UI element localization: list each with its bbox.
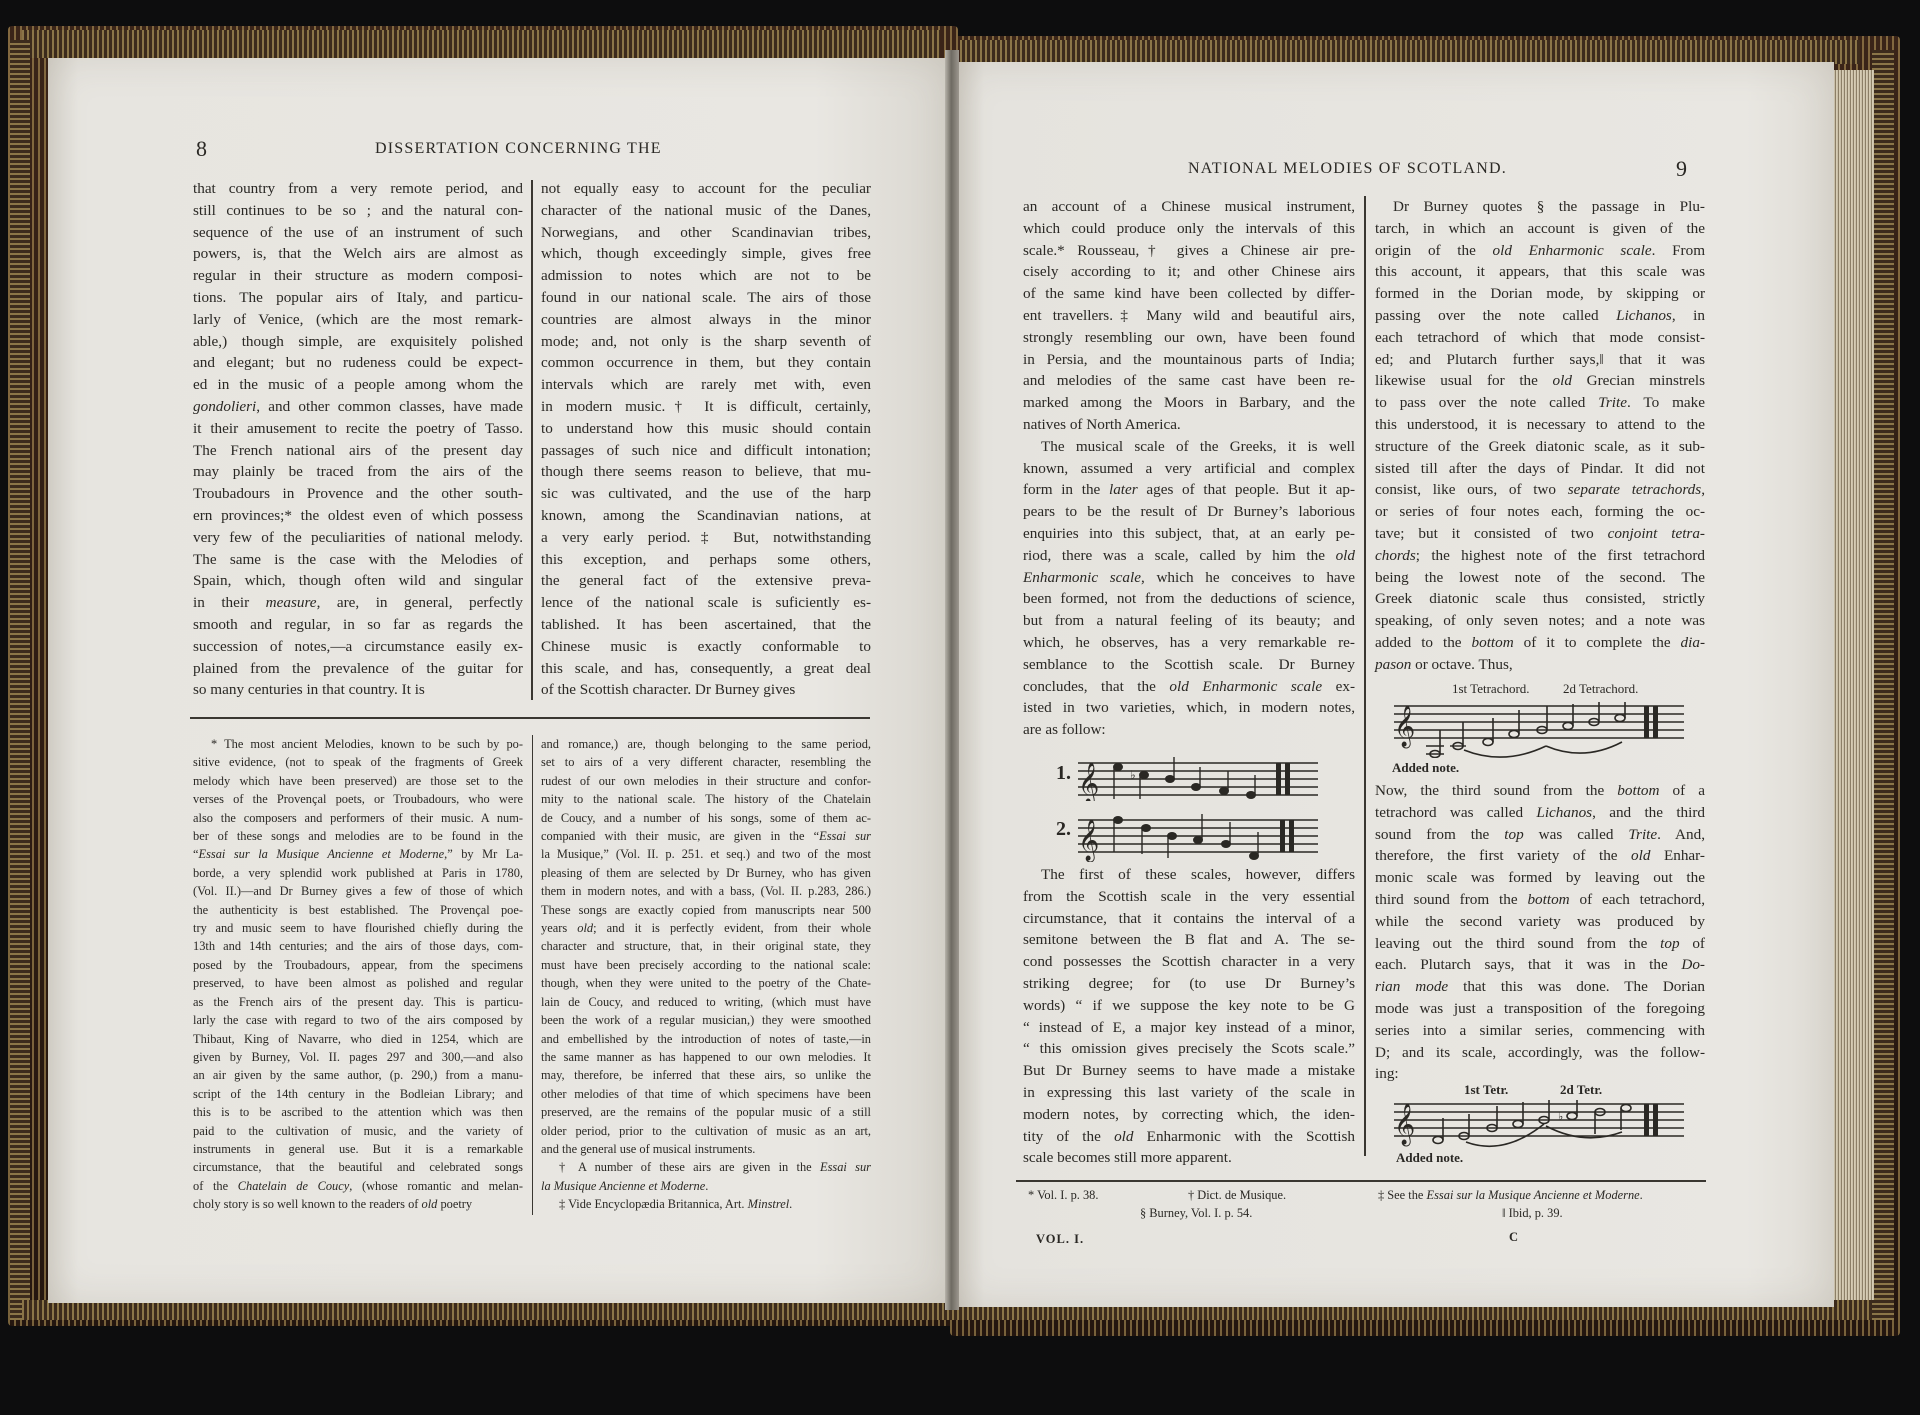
text-line: Dr Burney quotes § the passage in Plu-: [1375, 196, 1705, 218]
text-line: rudest of our own melodies in their stru…: [541, 772, 871, 790]
text-line: years old; and it is perfectly evident, …: [541, 919, 871, 937]
text-line: countries are almost always in the minor: [541, 309, 871, 331]
text-line: 13th and 14th centuries; and the airs of…: [193, 937, 523, 955]
text-line: strongly resembling our own, have been f…: [1023, 327, 1355, 349]
text-line: mode was just a transposition of the for…: [1375, 998, 1705, 1020]
text-line: These songs are exactly copied from manu…: [541, 901, 871, 919]
text-line: that country from a very remote period, …: [193, 178, 523, 200]
text-line: which, he observes, has a very remarkabl…: [1023, 632, 1355, 654]
text-line: lain de Coucy, and reduced to writing, (…: [541, 993, 871, 1011]
right-page-column-2-top: Dr Burney quotes § the passage in Plu-ta…: [1375, 196, 1705, 676]
text-line: it their amusement to recite the poetry …: [193, 418, 523, 440]
text-line: of the Chatelain de Coucy, (whose romant…: [193, 1177, 523, 1195]
text-line: known, among the Scandinavian nations, a…: [541, 505, 871, 527]
text-line: choly story is so well known to the read…: [193, 1195, 523, 1213]
text-line: tetrachord was called Lichanos, and the …: [1375, 802, 1705, 824]
text-line: ber of these songs and melodies are to b…: [193, 827, 523, 845]
text-line: still continues to be so ; and the natur…: [193, 200, 523, 222]
text-line: tablished. It has been ascertained, that…: [541, 614, 871, 636]
text-line: an account of a Chinese musical instrume…: [1023, 196, 1355, 218]
text-line: modern notes, by correcting which, the i…: [1023, 1104, 1355, 1126]
gilt-border-left: [10, 40, 30, 1320]
right-page-column-2-middle: Now, the third sound from the bottom of …: [1375, 780, 1705, 1085]
text-line: therefore, the first variety of the old …: [1375, 845, 1705, 867]
book-gutter: [945, 50, 959, 1310]
footnote-column-1: * The most ancient Melodies, known to be…: [193, 735, 523, 1214]
text-line: leaving out the third sound from the top…: [1375, 933, 1705, 955]
text-line: or series of four notes each, forming th…: [1375, 501, 1705, 523]
text-line: larly the case with regard to two of the…: [193, 1011, 523, 1029]
text-line: character of the national music of the D…: [541, 200, 871, 222]
svg-text:𝄞: 𝄞: [1078, 762, 1099, 801]
footnote-vol-i-p38: * Vol. I. p. 38.: [1028, 1186, 1098, 1204]
left-page-column-1: that country from a very remote period, …: [193, 178, 523, 701]
text-line: structure of the Greek diatonic scale, a…: [1375, 436, 1705, 458]
footnote-ibid: ‖ Ibid, p. 39.: [1502, 1204, 1563, 1222]
text-line: sound from the top was called Trite. And…: [1375, 824, 1705, 846]
label-2d-tetr: 2d Tetr.: [1560, 1082, 1602, 1098]
text-line: marked among the Moors in Barbary, and t…: [1023, 392, 1355, 414]
gilt-border-top-right: [960, 40, 1860, 64]
label-added-note-dorian: Added note.: [1396, 1150, 1463, 1166]
text-line: and romance,) are, though belonging to t…: [541, 735, 871, 753]
text-line: ern provinces;* the oldest even of which…: [193, 505, 523, 527]
text-line: paid to the cultivation of music, and th…: [193, 1122, 523, 1140]
label-2d-tetrachord: 2d Tetrachord.: [1563, 681, 1638, 697]
left-page-column-2: not equally easy to account for the pecu…: [541, 178, 871, 701]
text-line: cond possesses the Scottish character in…: [1023, 951, 1355, 973]
text-line: Troubadours in Provence and the other so…: [193, 483, 523, 505]
text-line: “ this omission gives precisely the Scot…: [1023, 1038, 1355, 1060]
text-line: smooth and regular, in so far as regards…: [193, 614, 523, 636]
text-line: * The most ancient Melodies, known to be…: [193, 735, 523, 753]
footnote-column-rule: [532, 735, 533, 1215]
signature-mark-letter: C: [1509, 1230, 1519, 1245]
text-line: common occurrence in them, but they cont…: [541, 352, 871, 374]
text-line: Now, the third sound from the bottom of …: [1375, 780, 1705, 802]
running-head-right: NATIONAL MELODIES OF SCOTLAND.: [1188, 160, 1507, 178]
text-line: † A number of these airs are given in th…: [541, 1158, 871, 1176]
text-line: larly of Venice, (which are the most rem…: [193, 309, 523, 331]
text-line: mity to the national scale. The history …: [541, 790, 871, 808]
enharmonic-scale-2: 𝄞: [1078, 812, 1320, 862]
text-line: the general fact of the extensive preva-: [541, 570, 871, 592]
footnote-rule: [190, 717, 870, 719]
text-line: very few of the peculiarities of nationa…: [193, 527, 523, 549]
text-line: but from a natural feeling of its beauty…: [1023, 610, 1355, 632]
text-line: striking degree; for (to use Dr Burney’s: [1023, 973, 1355, 995]
text-line: Norwegians, and other Scandinavian tribe…: [541, 222, 871, 244]
svg-text:♭: ♭: [1130, 768, 1136, 782]
text-line: monic scale was formed by leaving out th…: [1375, 867, 1705, 889]
text-line: older period, prior to the cultivation o…: [541, 1122, 871, 1140]
text-line: script of the 14th century in the Bodlei…: [193, 1085, 523, 1103]
text-line: series into a similar series, commencing…: [1375, 1020, 1705, 1042]
footnote-column-2: and romance,) are, though belonging to t…: [541, 735, 871, 1214]
text-line: pears to be the result of Dr Burney’s la…: [1023, 501, 1355, 523]
text-line: consist, like ours, of two separate tetr…: [1375, 479, 1705, 501]
text-line: formed in the Dorian mode, by skipping o…: [1375, 283, 1705, 305]
text-line: and the general use of musical instrumen…: [541, 1140, 871, 1158]
text-line: rian mode that this was done. The Dorian: [1375, 976, 1705, 998]
text-line: and elegant; but no rudeness could be ex…: [193, 352, 523, 374]
text-line: la Musique Ancienne et Moderne.: [541, 1177, 871, 1195]
text-line: preserved, to have been almost as polish…: [193, 974, 523, 992]
text-line: may, therefore, be inferred that these a…: [541, 1066, 871, 1084]
text-line: admission to notes which are not to be: [541, 265, 871, 287]
signature-mark-volume: VOL. I.: [1036, 1232, 1084, 1247]
text-line: succession of notes,—a circumstance easi…: [193, 636, 523, 658]
text-line: ing:: [1375, 1063, 1705, 1085]
text-line: chords; the highest note of the first te…: [1375, 545, 1705, 567]
text-line: melody which have been preserved) are th…: [193, 772, 523, 790]
text-line: verses of the Provençal poets, or Trouba…: [193, 790, 523, 808]
page-number-right: 9: [1676, 156, 1687, 182]
text-line: and embellished by the introduction of n…: [541, 1030, 871, 1048]
text-line: this scale, and has, consequently, a gre…: [541, 658, 871, 680]
text-line: from the Scottish scale in the very esse…: [1023, 886, 1355, 908]
text-line: posed by the Troubadours, appear, from t…: [193, 956, 523, 974]
text-line: this understood, it is necessary to atte…: [1375, 414, 1705, 436]
text-line: preserved, are the remains of the popula…: [541, 1103, 871, 1121]
scale-label-2: 2.: [1056, 818, 1071, 841]
text-line: Greek diatonic scale thus consisted, str…: [1375, 588, 1705, 610]
text-line: are as follow:: [1023, 719, 1355, 741]
footnote-essai: ‡ See the Essai sur la Musique Ancienne …: [1378, 1186, 1643, 1204]
text-line: the same manner as has happened to our o…: [541, 1048, 871, 1066]
text-line: ed in the music of a people among whom t…: [193, 374, 523, 396]
text-line: in modern music.† It is difficult, certa…: [541, 396, 871, 418]
text-line: must have been precisely according to th…: [541, 956, 871, 974]
text-line: sic was cultivated, and the use of the h…: [541, 483, 871, 505]
text-line: while the second variety was produced by: [1375, 911, 1705, 933]
text-line: though, when they were united to the poe…: [541, 974, 871, 992]
text-line: concludes, that the old Enharmonic scale…: [1023, 676, 1355, 698]
text-line: scale becomes still more apparent.: [1023, 1147, 1355, 1169]
text-line: borde, a very splendid work published at…: [193, 864, 523, 882]
footnote-dict-musique: † Dict. de Musique.: [1188, 1186, 1286, 1204]
text-line: ent travellers.‡ Many wild and beautiful…: [1023, 305, 1355, 327]
column-rule: [531, 180, 533, 700]
text-line: powers, is, that the Welch airs are almo…: [193, 243, 523, 265]
text-line: and melodies of the same cast have been …: [1023, 370, 1355, 392]
text-line: isted in two varieties, which, in modern…: [1023, 697, 1355, 719]
text-line: of the same kind have been collected by …: [1023, 283, 1355, 305]
text-line: given by Burney, Vol. II. pages 297 and …: [193, 1048, 523, 1066]
text-line: each. Plutarch says, that it was in the …: [1375, 954, 1705, 976]
text-line: semitone between the B flat and A. The s…: [1023, 929, 1355, 951]
text-line: pleasing of them are selected by Dr Burn…: [541, 864, 871, 882]
text-line: But Dr Burney seems to have made a mista…: [1023, 1060, 1355, 1082]
gilt-border-top-left: [22, 30, 940, 58]
text-line: enquiries into this subject, that, at an…: [1023, 523, 1355, 545]
text-line: semblance to the Scottish scale. Dr Burn…: [1023, 654, 1355, 676]
text-line: lence of the national scale is suficient…: [541, 592, 871, 614]
svg-text:𝄞: 𝄞: [1394, 705, 1415, 748]
text-line: third sound from the bottom of each tetr…: [1375, 889, 1705, 911]
text-line: been formed, not from the deductions of …: [1023, 588, 1355, 610]
text-line: in Persia, and the mountainous parts of …: [1023, 349, 1355, 371]
text-line: set to airs of a very different characte…: [541, 753, 871, 771]
text-line: tions. The popular airs of Italy, and pa…: [193, 287, 523, 309]
right-page-column-1-bottom: The first of these scales, however, diff…: [1023, 864, 1355, 1169]
text-line: scale.* Rousseau,† gives a Chinese air p…: [1023, 240, 1355, 262]
text-line: cisely according to it; and other Chines…: [1023, 261, 1355, 283]
text-line: to pass over the note called Trite. To m…: [1375, 392, 1705, 414]
text-line: in their measure, are, in general, perfe…: [193, 592, 523, 614]
svg-text:𝄞: 𝄞: [1394, 1103, 1415, 1146]
text-line: form in the later ages of that people. B…: [1023, 479, 1355, 501]
text-line: Enharmonic scale, which he conceives to …: [1023, 567, 1355, 589]
text-line: sisted till after the days of Pindar. It…: [1375, 458, 1705, 480]
text-line: Thibaut, King of Navarre, who died in 12…: [193, 1030, 523, 1048]
text-line: to understand how this music should cont…: [541, 418, 871, 440]
text-line: intervals which are rarely met with, eve…: [541, 374, 871, 396]
text-line: plained from the prevalence of the guita…: [193, 658, 523, 680]
text-line: this is to be ascribed to the attention …: [193, 1103, 523, 1121]
text-line: as the French airs of the present day. T…: [193, 993, 523, 1011]
page-number-left: 8: [196, 136, 207, 162]
text-line: in expressing this last variety of the s…: [1023, 1082, 1355, 1104]
text-line: la Musique,” (Vol. II. p. 251. et seq.) …: [541, 845, 871, 863]
text-line: likewise usual for the old Grecian minst…: [1375, 370, 1705, 392]
text-line: origin of the old Enharmonic scale. From: [1375, 240, 1705, 262]
text-line: regular in their structure as modern com…: [193, 265, 523, 287]
text-line: not equally easy to account for the pecu…: [541, 178, 871, 200]
text-line: D; and its scale, accordingly, was the f…: [1375, 1042, 1705, 1064]
text-line: de Coucy, and a number of his songs, som…: [541, 809, 871, 827]
text-line: The first of these scales, however, diff…: [1023, 864, 1355, 886]
text-line: The musical scale of the Greeks, it is w…: [1023, 436, 1355, 458]
text-line: speaking, of only seven notes; and a not…: [1375, 610, 1705, 632]
text-line: “Essai sur la Musique Ancienne et Modern…: [193, 845, 523, 863]
text-line: each tetrachord of which that mode consi…: [1375, 327, 1705, 349]
footnote-rule-right: [1016, 1180, 1706, 1182]
text-line: sitive evidence, (not to speak of the fr…: [193, 753, 523, 771]
text-line: The same is the case with the Melodies o…: [193, 549, 523, 571]
text-line: of the Scottish character. Dr Burney giv…: [541, 679, 871, 701]
text-line: may plainly be traced from the airs of t…: [193, 461, 523, 483]
text-line: which, though exceedingly simple, gives …: [541, 243, 871, 265]
text-line: added to the bottom of it to complete th…: [1375, 632, 1705, 654]
text-line: tity of the old Enharmonic with the Scot…: [1023, 1126, 1355, 1148]
label-added-note: Added note.: [1392, 760, 1459, 776]
text-line: circumstance, that it contains the inter…: [1023, 908, 1355, 930]
text-line: able,) though simple, are exquisitely po…: [193, 331, 523, 353]
text-line: natives of North America.: [1023, 414, 1355, 436]
text-line: ‡ Vide Encyclopædia Britannica, Art. Min…: [541, 1195, 871, 1213]
text-line: “ instead of E, a major key instead of a…: [1023, 1017, 1355, 1039]
text-line: passing over the note called Lichanos, i…: [1375, 305, 1705, 327]
text-line: circumstance, that the beautiful and cel…: [193, 1158, 523, 1176]
text-line: been the work of a regular musician,) th…: [541, 1011, 871, 1029]
text-line: also the composers and performers of the…: [193, 809, 523, 827]
text-line: tave; but it consisted of two conjoint t…: [1375, 523, 1705, 545]
scale-label-1: 1.: [1056, 762, 1071, 785]
label-1st-tetr: 1st Tetr.: [1464, 1082, 1508, 1098]
text-line: this account, it appears, that this scal…: [1375, 261, 1705, 283]
right-page-column-1-top: an account of a Chinese musical instrume…: [1023, 196, 1355, 741]
text-line: ed; and Plutarch further says,‖ that it …: [1375, 349, 1705, 371]
label-1st-tetrachord: 1st Tetrachord.: [1452, 681, 1530, 697]
text-line: though there seems reason to believe, th…: [541, 461, 871, 483]
text-line: The French national airs of the present …: [193, 440, 523, 462]
column-rule-right: [1364, 196, 1366, 1156]
text-line: try and music seem to have flourished ch…: [193, 919, 523, 937]
svg-text:♭: ♭: [1558, 1111, 1563, 1123]
text-line: (Vol. II.)—and Dr Burney gives a few of …: [193, 882, 523, 900]
text-line: this exception, and perhaps some others,: [541, 549, 871, 571]
text-line: gondolieri, and other common classes, ha…: [193, 396, 523, 418]
text-line: riod, there was a scale, called by him t…: [1023, 545, 1355, 567]
text-line: mode; and, not only is the sharp seventh…: [541, 331, 871, 353]
text-line: so many centuries in that country. It is: [193, 679, 523, 701]
text-line: instruments in general use. But it is a …: [193, 1140, 523, 1158]
text-line: Spain, which, though often wild and sing…: [193, 570, 523, 592]
text-line: character and structure, that, in their …: [541, 937, 871, 955]
text-line: words) “ if we suppose the key note to b…: [1023, 995, 1355, 1017]
text-line: being the lowest note of the second. The: [1375, 567, 1705, 589]
footnote-burney-p54: § Burney, Vol. I. p. 54.: [1140, 1204, 1252, 1222]
dorian-scale: 𝄞 ♭: [1394, 1100, 1686, 1148]
text-line: pason or octave. Thus,: [1375, 654, 1705, 676]
text-line: known, assumed a very artificial and com…: [1023, 458, 1355, 480]
gilt-border-right: [1872, 50, 1894, 1320]
text-line: them in modern notes, and with a bass, (…: [541, 882, 871, 900]
running-head-left: DISSERTATION CONCERNING THE: [375, 140, 662, 158]
text-line: passages of such nice and difficult into…: [541, 440, 871, 462]
text-line: sequence of the use of an instrument of …: [193, 222, 523, 244]
text-line: which could produce only the intervals o…: [1023, 218, 1355, 240]
greek-diatonic-scale: 𝄞: [1394, 702, 1686, 758]
enharmonic-scale-1: 𝄞 ♭: [1078, 755, 1320, 801]
text-line: other melodies of that time of which spe…: [541, 1085, 871, 1103]
text-line: a very early period.‡ But, notwithstandi…: [541, 527, 871, 549]
text-line: companied with their music, are given in…: [541, 827, 871, 845]
text-line: an air given by the same author, (p. 290…: [193, 1066, 523, 1084]
text-line: Chinese music is exactly conformable to: [541, 636, 871, 658]
text-line: tarch, in which an account is given of t…: [1375, 218, 1705, 240]
text-line: the authenticity is best established. Th…: [193, 901, 523, 919]
page-edges: [1834, 70, 1874, 1300]
text-line: found in our national scale. The airs of…: [541, 287, 871, 309]
svg-text:𝄞: 𝄞: [1078, 819, 1099, 862]
